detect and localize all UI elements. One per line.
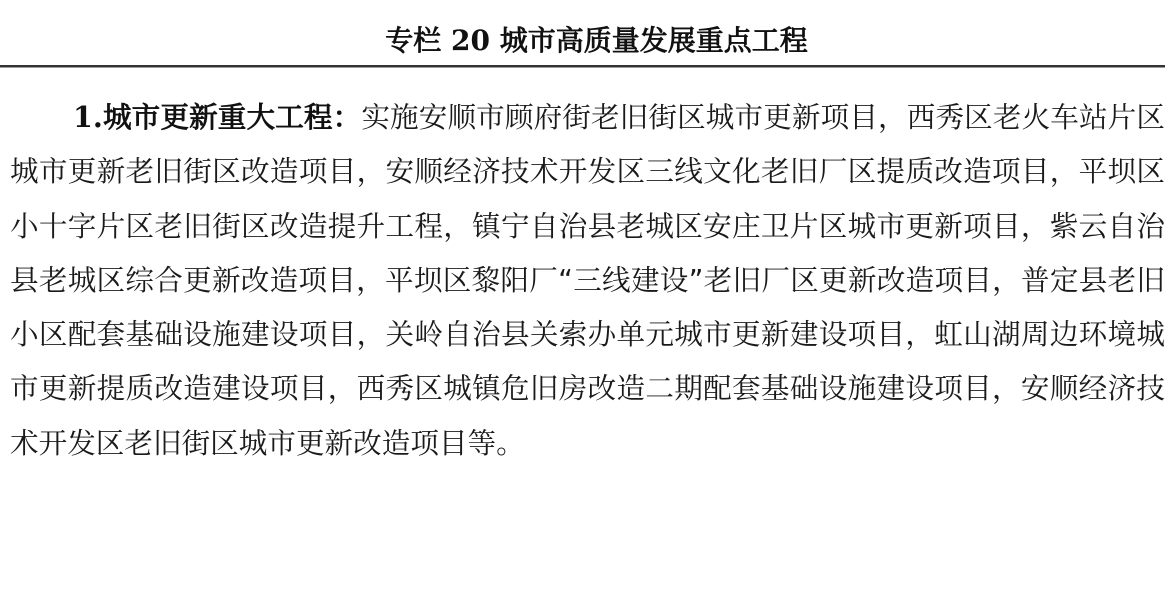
section-heading: 1.城市更新重大工程： — [73, 100, 361, 134]
title-divider — [0, 65, 1165, 67]
title-bar: 专栏 20 城市高质量发展重点工程 — [0, 0, 1165, 65]
section-paragraph: 1.城市更新重大工程：实施安顺市顾府街老旧街区城市更新项目，西秀区老火车站片区城… — [10, 90, 1165, 470]
page-title: 专栏 20 城市高质量发展重点工程 — [357, 23, 807, 65]
section-body: 实施安顺市顾府街老旧街区城市更新项目，西秀区老火车站片区城市更新老旧街区改造项目… — [10, 100, 1165, 460]
